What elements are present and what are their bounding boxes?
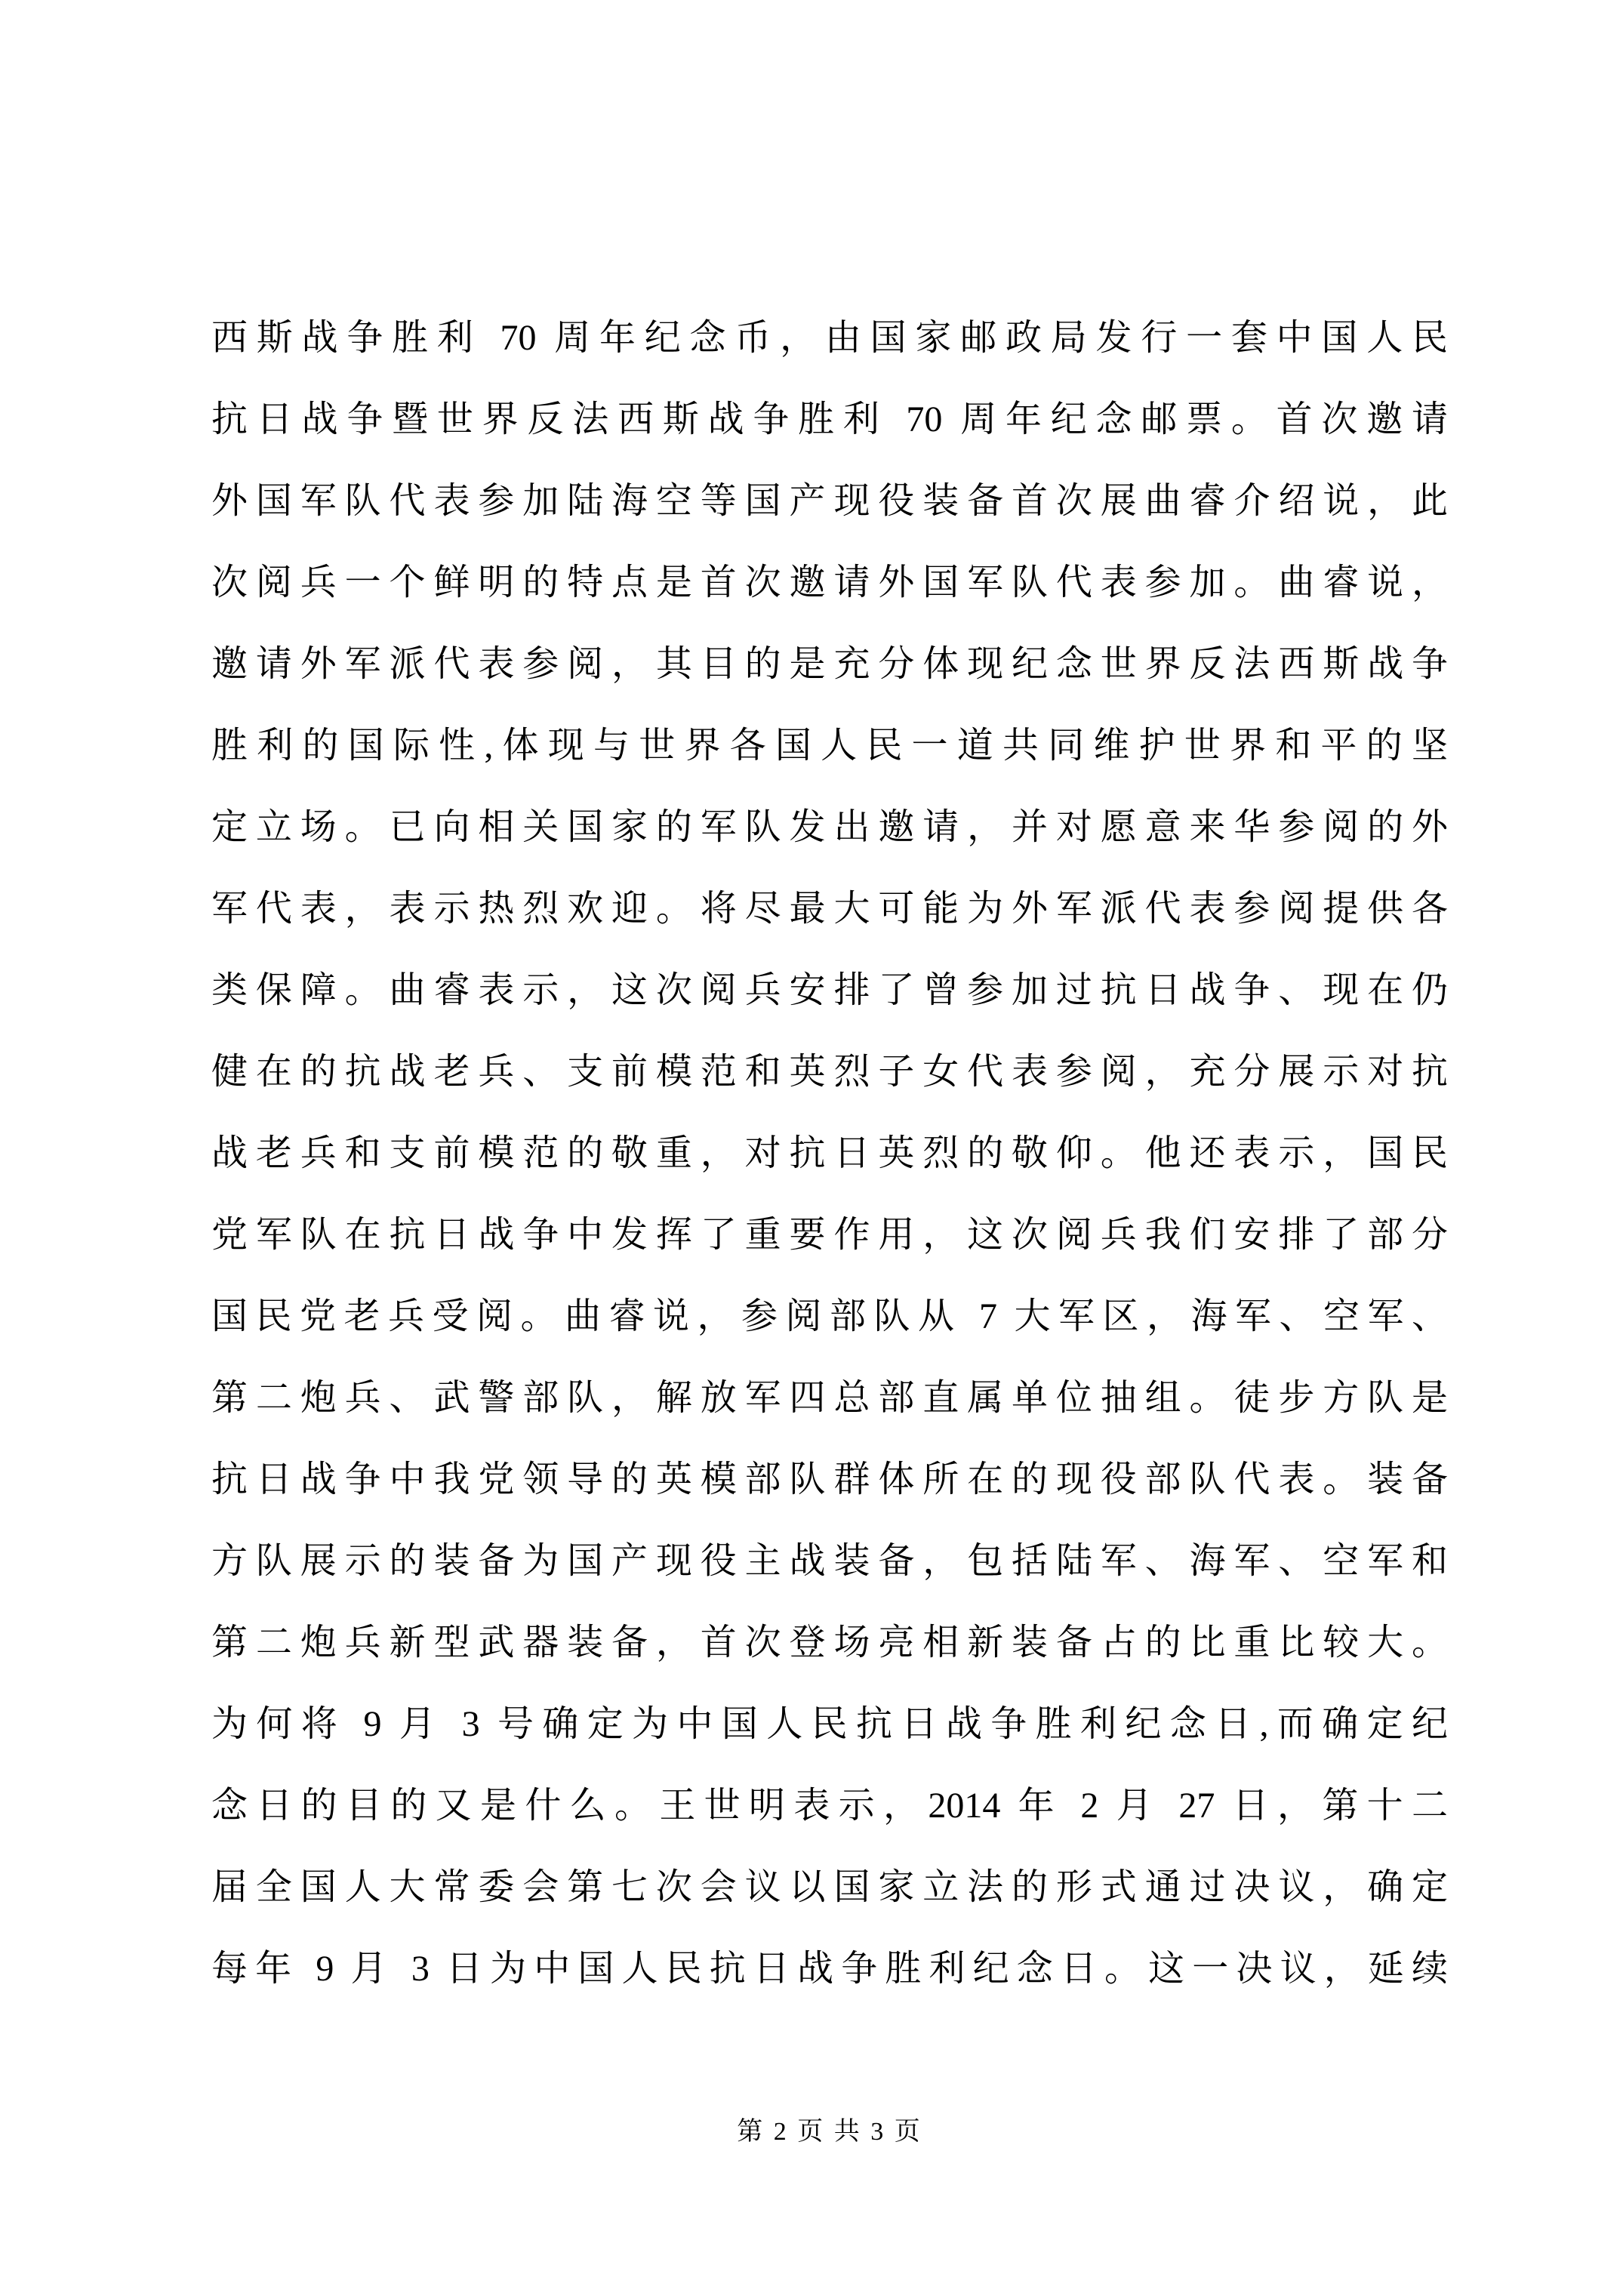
text-line: 抗日战争中我党领导的英模部队群体所在的现役部队代表。装备 — [211, 1439, 1448, 1521]
text-line: 外国军队代表参加陆海空等国产现役装备首次展曲睿介绍说，此 — [211, 461, 1448, 542]
text-line: 届全国人大常委会第七次会议以国家立法的形式通过决议，确定 — [211, 1847, 1448, 1928]
text-line: 邀请外军派代表参阅，其目的是充分体现纪念世界反法西斯战争 — [211, 624, 1448, 705]
text-line: 抗日战争暨世界反法西斯战争胜利 70 周年纪念邮票。首次邀请 — [211, 379, 1448, 461]
document-page: 西斯战争胜利 70 周年纪念币，由国家邮政局发行一套中国人民抗日战争暨世界反法西… — [0, 0, 1623, 2296]
text-line: 第二炮兵新型武器装备，首次登场亮相新装备占的比重比较大。 — [211, 1602, 1448, 1684]
body-text: 西斯战争胜利 70 周年纪念币，由国家邮政局发行一套中国人民抗日战争暨世界反法西… — [211, 297, 1448, 2010]
text-line: 类保障。曲睿表示，这次阅兵安排了曾参加过抗日战争、现在仍 — [211, 950, 1448, 1031]
text-line: 第二炮兵、武警部队，解放军四总部直属单位抽组。徒步方队是 — [211, 1358, 1448, 1439]
page-footer: 第 2 页 共 3 页 — [211, 2114, 1448, 2150]
text-line: 方队展示的装备为国产现役主战装备，包括陆军、海军、空军和 — [211, 1521, 1448, 1602]
page-number-label: 第 2 页 共 3 页 — [737, 2118, 922, 2146]
text-line: 军代表，表示热烈欢迎。将尽最大可能为外军派代表参阅提供各 — [211, 868, 1448, 950]
text-line: 为何将 9 月 3 号确定为中国人民抗日战争胜利纪念日,而确定纪 — [211, 1684, 1448, 1765]
text-line: 次阅兵一个鲜明的特点是首次邀请外国军队代表参加。曲睿说， — [211, 542, 1448, 624]
text-line: 健在的抗战老兵、支前模范和英烈子女代表参阅，充分展示对抗 — [211, 1031, 1448, 1113]
text-line: 每年 9 月 3 日为中国人民抗日战争胜利纪念日。这一决议，延续 — [211, 1928, 1448, 2010]
text-line: 战老兵和支前模范的敬重，对抗日英烈的敬仰。他还表示，国民 — [211, 1113, 1448, 1194]
text-line: 党军队在抗日战争中发挥了重要作用，这次阅兵我们安排了部分 — [211, 1194, 1448, 1276]
text-line: 定立场。已向相关国家的军队发出邀请，并对愿意来华参阅的外 — [211, 787, 1448, 868]
text-line: 胜利的国际性,体现与世界各国人民一道共同维护世界和平的坚 — [211, 705, 1448, 787]
text-line: 西斯战争胜利 70 周年纪念币，由国家邮政局发行一套中国人民 — [211, 297, 1448, 379]
text-line: 国民党老兵受阅。曲睿说，参阅部队从 7 大军区，海军、空军、 — [211, 1276, 1448, 1358]
text-line: 念日的目的又是什么。王世明表示，2014 年 2 月 27 日，第十二 — [211, 1765, 1448, 1847]
